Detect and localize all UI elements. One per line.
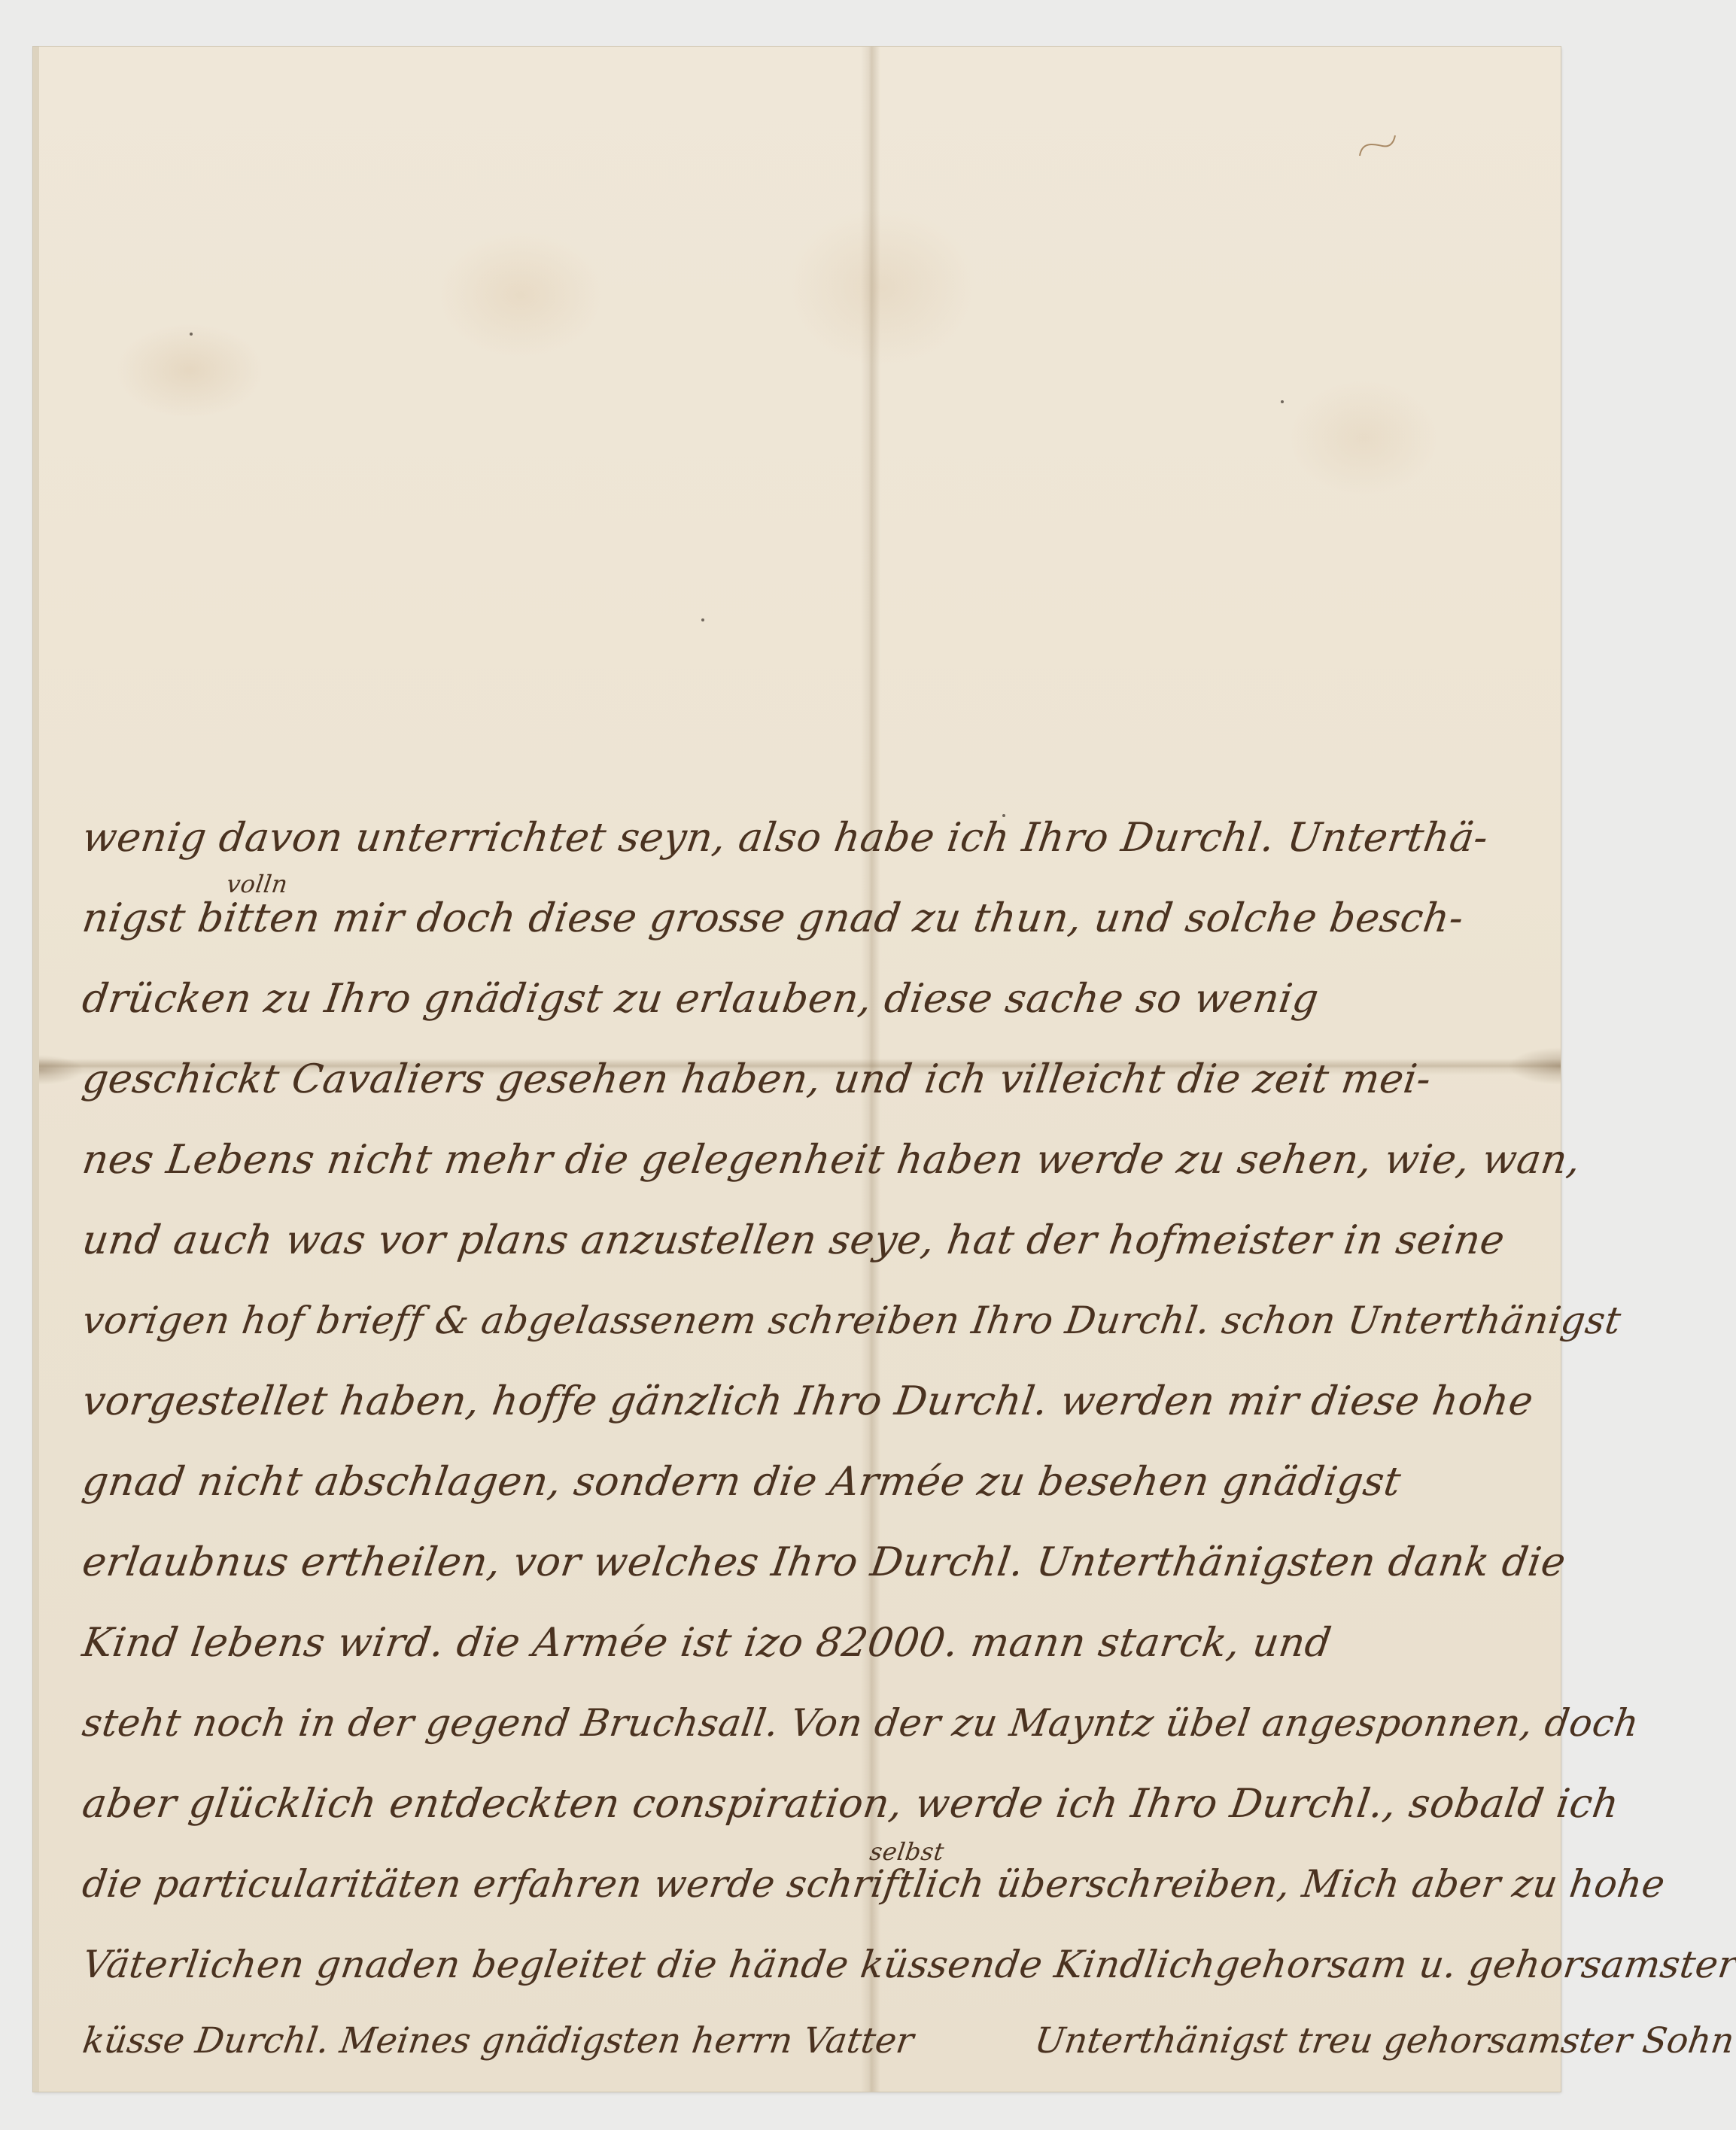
letter-line-2: nigst bitten mir doch diese grosse gnad … [77,878,1510,959]
letter-line-14-text: die particularitäten erfahren werde schr… [80,1862,1668,1906]
letter-line-13: aber glücklich entdeckten conspiration, … [77,1764,1510,1844]
letter-line-3: drücken zu Ihro gnädigst zu erlauben, di… [77,959,1510,1039]
letter-line-6: und auch was vor plans anzustellen seye,… [77,1200,1510,1281]
paper-speck [190,333,193,336]
letter-line-4: geschickt Cavaliers gesehen haben, und i… [77,1039,1510,1120]
paper-speck [1281,400,1284,403]
letter-line-5: nes Lebens nicht mehr die gelegenheit ha… [77,1120,1510,1200]
letter-line-1: wenig davon unterrichtet seyn, also habe… [77,798,1510,878]
fold-stain [1508,1047,1561,1085]
letter-line-8: vorgestellet haben, hoffe gänzlich Ihro … [77,1361,1510,1442]
letter-line-15: Väterlichen gnaden begleitet die hände k… [77,1925,1510,2005]
letter-line-12: steht noch in der gegend Bruchsall. Von … [77,1683,1510,1764]
letter-line-9: gnad nicht abschlagen, sondern die Armée… [77,1442,1510,1522]
interlinear-insertion: selbst [868,1840,946,1864]
letter-closing: küsse Durchl. Meines gnädigsten herrn Va… [78,2005,1510,2080]
signature: Unterthänigst treu gehorsamster Sohn Fri… [1032,2020,1736,2062]
letter-line-11: Kind lebens wird. die Armée ist izo 8200… [77,1603,1510,1683]
interlinear-insertion: volln [225,872,289,896]
letter-line-14: die particularitäten erfahren werde schr… [77,1844,1510,1925]
fold-stain [39,1055,84,1085]
paper-speck [701,618,704,621]
letter-line-7: vorigen hof brieff & abgelassenem schrei… [77,1281,1510,1361]
letter-line-2-text: nigst bitten mir doch diese grosse gnad … [80,895,1467,941]
letter-body: wenig davon unterrichtet seyn, also habe… [83,798,1505,2005]
closing-salutation: küsse Durchl. Meines gnädigsten herrn Va… [80,2020,916,2062]
letter-line-10: erlaubnus ertheilen, vor welches Ihro Du… [77,1522,1510,1603]
ink-flourish-mark [1356,129,1401,160]
